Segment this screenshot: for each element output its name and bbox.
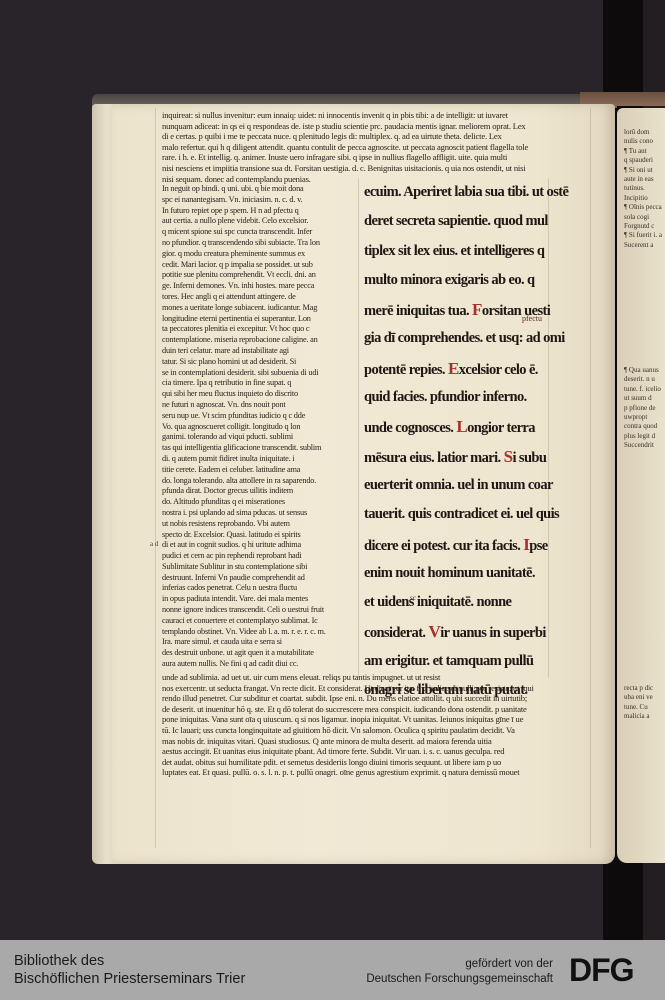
gloss-line: rendo illud penetret. Cur subditur et co… [162,693,608,704]
gloss-line: longitudine eterni pertinentia ei supera… [162,314,357,325]
gloss-line: tas qui intelligentia glificacione trans… [162,443,357,454]
gloss-line: di et aut in cognit sudios. q hi uritute… [162,540,357,551]
gloss-line: ganimi. tolerando ad viqui pducti. subli… [162,432,357,443]
facing-page-line: ut suum d [624,394,665,403]
facing-page-line: uwpropt [624,413,665,422]
facing-page-text-top: lorū domnulis cono¶ Tu autq spauderi¶ Si… [624,128,665,250]
gloss-bottom: unde ad sublimia. ad uet ut. uir cum men… [162,672,608,778]
gloss-line: contemplatione. miseria reprobacione cal… [162,335,357,346]
gloss-line: inferias cados penetrat. Celu n uestra f… [162,583,357,594]
rubricated-initial: V [429,622,441,641]
facing-page-line: uba eni ve [624,693,665,702]
main-text-line: deret secreta sapientie. quod mul [364,207,544,236]
gloss-line: aut certia. a nullo plene videbit. Celo … [162,216,357,227]
funding-credit: gefördert von der Deutschen Forschungsge… [366,957,553,986]
gloss-line: potitie sue plenitu comprehendit. Vt ecc… [162,270,357,281]
gloss-line: In futuro repiet ope p spem. H n ad pfec… [162,206,357,217]
main-text-line: unde cognosces. Longior terra [364,412,544,441]
gloss-line: se in contemplationi desiderit. sibi sub… [162,368,357,379]
manuscript-scan: inquireat: si nullus invenitur: eum inna… [0,0,665,940]
facing-page-line: ¶ Qua uanus [624,366,665,375]
gloss-line: Ira. mare simul. et cauda uita e serra s… [162,637,357,648]
facing-page-line: tutinus. [624,184,665,193]
interlinear-note: pfectu [522,314,542,323]
facing-page-line: Incipitio [624,194,665,203]
facing-page-line: tune. Cu [624,703,665,712]
gloss-line: aestus accingit. Et uanitas eius iniquit… [162,746,608,757]
interlinear-note: sc [410,594,416,602]
gloss-line: tores. Hec angli q ei attendunt attinger… [162,292,357,303]
rubricated-initial: S [504,447,513,466]
main-text-line: enim nouit hominum uanitatē. [364,559,544,588]
gloss-line: Vo. qua agnoscueret colligit. longitudo … [162,422,357,433]
funding-line2: Deutschen Forschungsgemeinschaft [366,972,553,987]
gloss-line: tū. Ic lauari; uss cuncta longinquitate … [162,725,608,736]
gloss-line: no pfundior. q transcendendo sibi subiac… [162,238,357,249]
main-text-line: quid facies. pfundior inferno. [364,383,544,412]
gloss-line: inquireat: si nullus invenitur: eum inna… [162,110,608,121]
gloss-line: nostra i. psi uplando ad sima pducas. ut… [162,508,357,519]
gloss-line: ge. Inferni demones. Vn. inhi hostes. ma… [162,281,357,292]
facing-page-line: contra quod [624,422,665,431]
facing-page-text-low: recta p dicuba eni vetune. Cumalicia a [624,684,665,722]
gloss-line: destruunt. Inferni Vn paudie comprehendi… [162,573,357,584]
facing-page-line: ¶ Si fuerit i. a [624,231,665,240]
main-text-line: gia dī comprehendes. et usq: ad omi [364,324,544,353]
facing-page-line: Sucerent a [624,241,665,250]
main-text-line: mēsura eius. latior mari. Si subu [364,442,544,471]
gloss-line: ne futuri n agnoscat. Vn. dns nouit pont [162,400,357,411]
gloss-line: malo refertur. qui h q diligent attendit… [162,142,608,153]
ruling-line [358,178,359,678]
main-text-line: merē iniquitas tua. Forsitan uesti [364,295,544,324]
funding-line1: gefördert von der [366,957,553,972]
gloss-line: q micent spione sui spc cuncta transcend… [162,227,357,238]
facing-page-text-mid: ¶ Qua uanusdeserit. n utune. f. iceliout… [624,366,665,451]
ruling-line [155,108,156,848]
facing-page-line: lorū dom [624,128,665,137]
facing-page-line: ¶ Oīnis pecca [624,203,665,212]
main-text-line: ecuim. Aperiret labia sua tibi. ut ostē [364,178,544,207]
gloss-line: specto dr. Excelsior. Quasi. latitudo ei… [162,530,357,541]
gloss-line: pfunda dirat. Doctor grecus uilitis indi… [162,486,357,497]
rubricated-initial: E [448,359,459,378]
gloss-line: rare. i h. e. Et intellig. q. animer. In… [162,152,608,163]
rubricated-initial: F [472,300,482,319]
gloss-line: nunquam adiceat: in qs ei q respondeas d… [162,121,608,132]
main-text-line: et uidens iniquitatē. nonne [364,588,544,617]
gloss-line: templando obstinet. Vn. Videe ab l. a. m… [162,627,357,638]
ruling-line [548,178,549,678]
main-text-line: considerat. Vir uanus in superbi [364,617,544,646]
gloss-line: mones a ueritate longe subiacent. iudica… [162,303,357,314]
gloss-line: pudici et cern ac pin rephendi reprobant… [162,551,357,562]
gloss-line: do. Altitudo pfunditas q ei miserationes [162,497,357,508]
gloss-line: In neguit op bindi. q uni. ubi. q bie mo… [162,184,357,195]
gloss-line: seru nup ue. Vt scim pfunditas iudicio q… [162,411,357,422]
facing-page-line: Succendrit [624,441,665,450]
footer-bar: Bibliothek des Bischöflichen Priestersem… [0,940,665,1000]
gloss-top: inquireat: si nullus invenitur: eum inna… [162,110,608,184]
gloss-line: do. longa tolerando. alta attollere in r… [162,476,357,487]
gloss-line: titie cerete. Eadem ei celuber. latitudi… [162,465,357,476]
gloss-line: de deserit. ut inuenitur hō q. ste. Et q… [162,704,608,715]
rubricated-initial: I [523,535,529,554]
main-text-line: potentē repies. Excelsior celo ē. [364,354,544,383]
gloss-line: qui sibi her meu fluctus inquieto do dis… [162,389,357,400]
main-text-line: dicere ei potest. cur ita facis. Ipse [364,530,544,559]
rubricated-initial: L [456,417,467,436]
gloss-line: aura autem nullis. Ne fini q ad cadit di… [162,659,357,670]
gloss-line: di e certas. p quibi i me te peccata nuc… [162,131,608,142]
dfg-logo: DFG [569,955,634,985]
marginal-note: a d [150,540,158,548]
gloss-line: cauraci et conuertere et contemplatyo su… [162,616,357,627]
gloss-line: unde ad sublimia. ad uet ut. uir cum men… [162,672,608,683]
gloss-line: di. q autem pumit fidiret inulta iniquit… [162,454,357,465]
gloss-line: cedit. Mari lacior. q p impalia se possi… [162,260,357,271]
gloss-line: ta peccatores plenitia ei excepitur. Vt … [162,324,357,335]
gloss-line: det audat. obitus sui humilitate pdit. e… [162,757,608,768]
library-name-line1: Bibliothek des [14,952,245,970]
facing-page-line: deserit. n u [624,375,665,384]
facing-page-line: p pfione de [624,404,665,413]
gloss-line: cia timere. Ipa q retributio in fine sup… [162,378,357,389]
gloss-line: nisi nesciens et impiitia transione sua … [162,163,608,174]
main-text-line: multo minora exigaris ab eo. q [364,266,544,295]
facing-page-line: aute in eas [624,175,665,184]
gloss-line: gior. q modu creatura pheminente summus … [162,249,357,260]
facing-page-line: ¶ Tu aut [624,147,665,156]
gloss-line: ut nobis resistens reprobando. Vbi autem [162,519,357,530]
facing-page-line: malicia a [624,712,665,721]
gloss-line: des destruit unbone. ut agit quen it a m… [162,648,357,659]
gloss-line: Sublimitate Sublitur in stu contemplatio… [162,562,357,573]
library-credit: Bibliothek des Bischöflichen Priestersem… [14,952,245,988]
main-text-line: euerterit omnia. uel in unum coar [364,471,544,500]
gloss-line: spc ei nanantegisam. Vn. iniciasim. n. c… [162,195,357,206]
gloss-line: mas nobis dr. iniquitas vitari. Quasi st… [162,736,608,747]
facing-page-line: tune. f. icelio [624,385,665,394]
gloss-line: pone iniquitas. Vana sunt oīa q uiuscum.… [162,714,608,725]
facing-page-line: ¶ Si oni ut [624,166,665,175]
main-text-line: tiplex sit lex eius. et intelligeres q [364,237,544,266]
facing-page-line: nulis cono [624,137,665,146]
main-text-line: tauerit. quis contradicet ei. uel quis [364,500,544,529]
facing-page-line: recta p dic [624,684,665,693]
gloss-line: in opus padiuta intendit. Vare. dei mala… [162,594,357,605]
facing-page-line: plus legit d [624,432,665,441]
gloss-line: nos exercentr. ut seducta frangat. Vn re… [162,683,608,694]
gloss-left-column: In neguit op bindi. q uni. ubi. q bie mo… [162,184,357,670]
gloss-line: nonne ignore indices transcendit. Celi o… [162,605,357,616]
main-text-column: ecuim. Aperiret labia sua tibi. ut ostēd… [364,178,544,705]
gloss-line: duin teri celatur. mare ad instabilitate… [162,346,357,357]
facing-page-line: Forgnutd c [624,222,665,231]
facing-page-line: sola cogi [624,213,665,222]
facing-page-line: q spauderi [624,156,665,165]
library-name-line2: Bischöflichen Priesterseminars Trier [14,970,245,988]
gloss-line: luptates eat. Et quasi. pullū. o. s. l. … [162,767,608,778]
gloss-line: tatur. Si sic plano homini ut ad desider… [162,357,357,368]
